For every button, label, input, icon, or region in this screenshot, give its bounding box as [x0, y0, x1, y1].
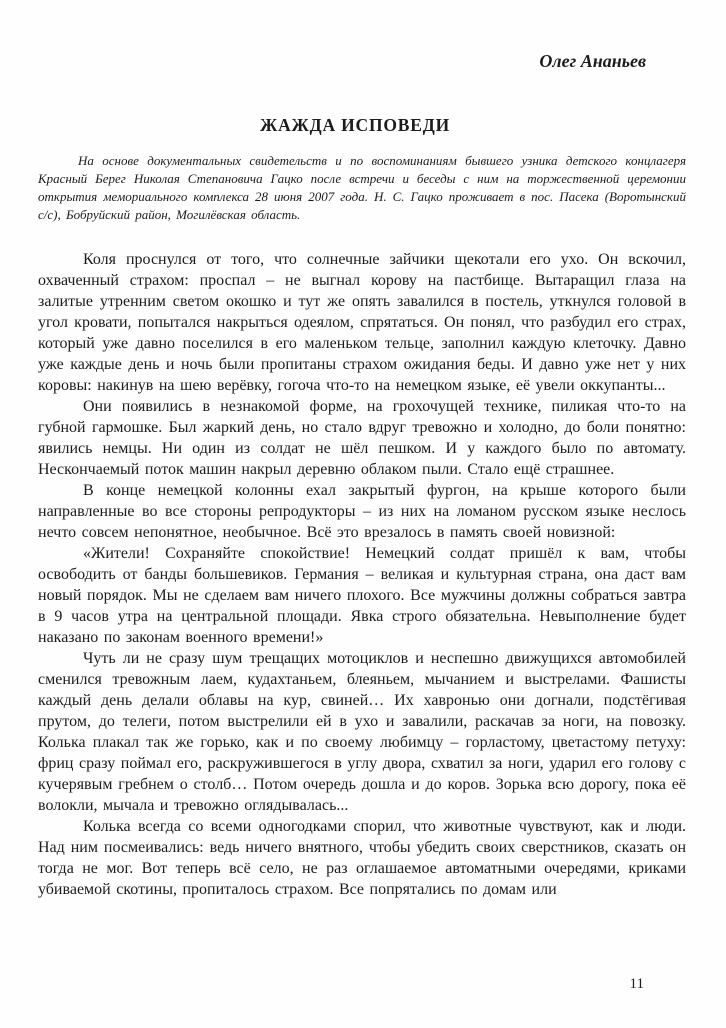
body-text: Коля проснулся от того, что солнечные за…	[38, 249, 686, 900]
body-paragraph-4: «Жители! Сохраняйте спокойствие! Немецки…	[38, 543, 686, 648]
page-number: 11	[630, 975, 644, 993]
author-byline: Олег Ананьев	[38, 50, 646, 72]
body-paragraph-2: Они появились в незнакомой форме, на гро…	[38, 396, 686, 480]
body-paragraph-5: Чуть ли не сразу шум трещащих мотоциклов…	[38, 648, 686, 816]
body-paragraph-3: В конце немецкой колонны ехал закрытый ф…	[38, 480, 686, 543]
lede-paragraph: На основе документальных свидетельств и …	[38, 152, 686, 224]
body-paragraph-1: Коля проснулся от того, что солнечные за…	[38, 249, 686, 396]
page-title: ЖАЖДА ИСПОВЕДИ	[38, 114, 672, 136]
book-page: Олег Ананьев ЖАЖДА ИСПОВЕДИ На основе до…	[0, 0, 726, 1028]
body-paragraph-6: Колька всегда со всеми одногодками спори…	[38, 816, 686, 900]
